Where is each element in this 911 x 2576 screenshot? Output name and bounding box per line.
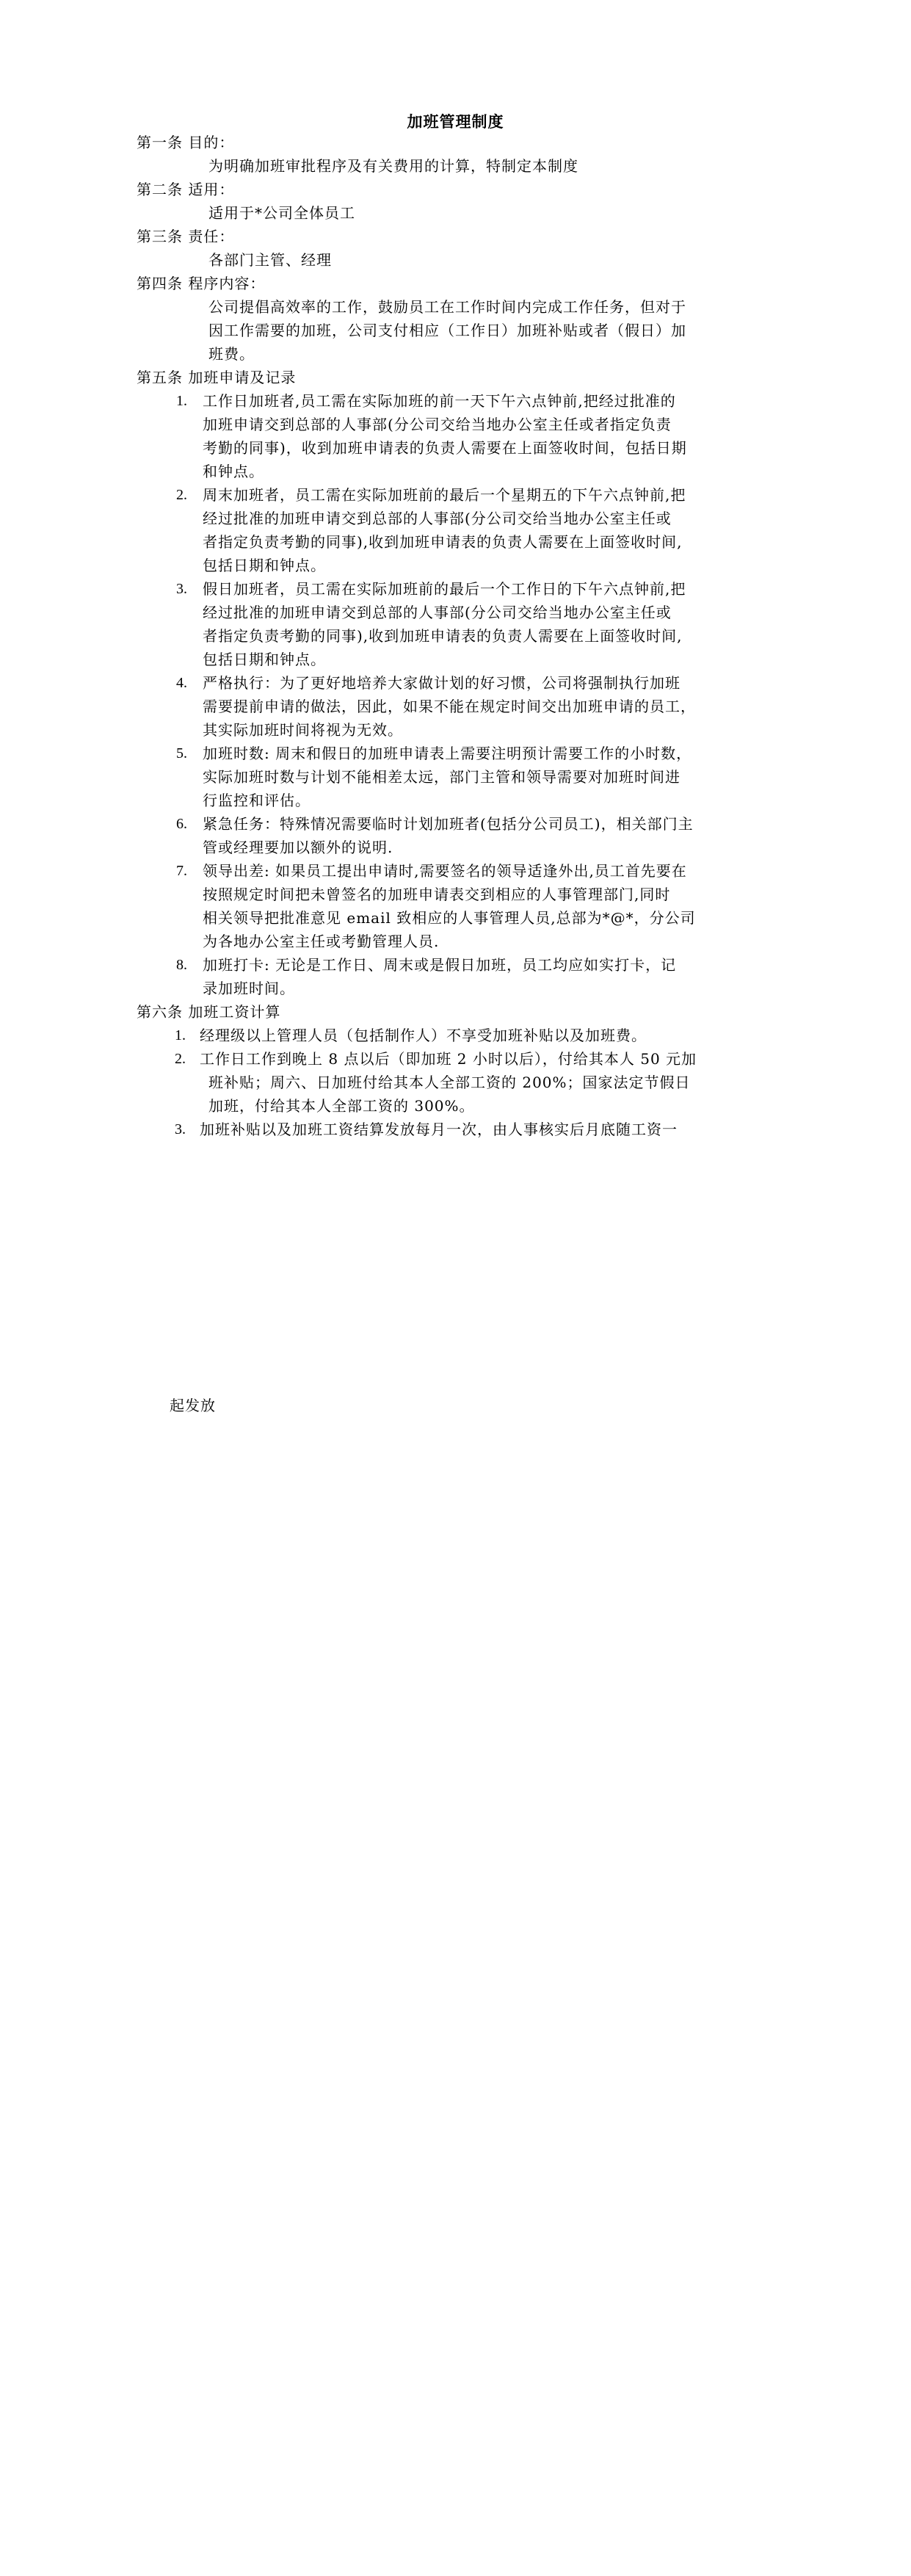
list-item-line: 工作日加班者,员工需在实际加班的前一天下午六点钟前,把经过批准的 (203, 389, 676, 413)
list-item-line: 包括日期和钟点。 (203, 554, 326, 577)
list-item-line: 经理级以上管理人员（包括制作人）不享受加班补贴以及加班费。 (200, 1024, 647, 1047)
list-item-line: 班补贴；周六、日加班付给其本人全部工资的 200%；国家法定节假日 (208, 1071, 691, 1094)
list-number: 2. (176, 483, 187, 507)
list-item-line: 为各地办公室主任或考勤管理人员. (203, 930, 439, 953)
list-item-line: 实际加班时数与计划不能相差太远，部门主管和领导需要对加班时间进 (203, 765, 680, 789)
list-number: 3. (176, 577, 187, 601)
list-item-line: 经过批准的加班申请交到总部的人事部(分公司交给当地办公室主任或 (203, 601, 672, 624)
document-page: 加班管理制度 第一条 目的： 为明确加班审批程序及有关费用的计算，特制定本制度 … (0, 0, 911, 2576)
list-item-line: 按照规定时间把未曾签名的加班申请表交到相应的人事管理部门,同时 (203, 883, 670, 906)
list-number: 1. (176, 389, 187, 413)
list-number: 1. (175, 1024, 186, 1047)
list-item-line: 考勤的同事)，收到加班申请表的负责人需要在上面签收时间，包括日期 (203, 436, 687, 460)
list-item-line: 周末加班者，员工需在实际加班前的最后一个星期五的下午六点钟前,把 (203, 483, 686, 507)
article-3-body: 各部门主管、经理 (208, 248, 332, 272)
article-2-body: 适用于*公司全体员工 (208, 201, 355, 225)
list-number: 5. (176, 742, 187, 765)
article-5-heading: 第五条 加班申请及记录 (137, 366, 296, 389)
list-number: 6. (176, 812, 187, 836)
list-item-line: 录加班时间。 (203, 977, 295, 1000)
article-4-body-line: 公司提倡高效率的工作，鼓励员工在工作时间内完成工作任务，但对于 (208, 295, 686, 319)
list-item-line: 加班补贴以及加班工资结算发放每月一次，由人事核实后月底随工资一 (200, 1118, 678, 1141)
list-item-line: 行监控和评估。 (203, 789, 311, 812)
list-item-line: 其实际加班时间将视为无效。 (203, 718, 403, 742)
list-item-line: 者指定负责考勤的同事),收到加班申请表的负责人需要在上面签收时间, (203, 530, 683, 554)
list-item-line: 严格执行：为了更好地培养大家做计划的好习惯，公司将强制执行加班 (203, 671, 680, 695)
list-item-line: 领导出差: 如果员工提出申请时,需要签名的领导适逢外出,员工首先要在 (203, 859, 687, 883)
list-item-line: 工作日工作到晚上 8 点以后（即加班 2 小时以后），付给其本人 50 元加 (200, 1047, 697, 1071)
list-number: 7. (176, 859, 187, 883)
article-2-heading: 第二条 适用： (137, 178, 234, 201)
list-item-line: 加班，付给其本人全部工资的 300%。 (208, 1094, 475, 1118)
list-item-line: 加班申请交到总部的人事部(分公司交给当地办公室主任或者指定负责 (203, 413, 672, 436)
continuation-text: 起发放 (170, 1394, 216, 1417)
list-item-line: 和钟点。 (203, 460, 264, 483)
list-number: 4. (176, 671, 187, 695)
list-number: 8. (176, 953, 187, 977)
article-3-heading: 第三条 责任： (137, 225, 234, 248)
article-1-body: 为明确加班审批程序及有关费用的计算，特制定本制度 (208, 154, 578, 178)
list-item-line: 包括日期和钟点。 (203, 648, 326, 671)
list-item-line: 管或经理要加以额外的说明. (203, 836, 393, 859)
article-4-body-line: 因工作需要的加班，公司支付相应（工作日）加班补贴或者（假日）加 (208, 319, 686, 342)
article-1-heading: 第一条 目的： (137, 131, 234, 154)
list-item-line: 需要提前申请的做法，因此，如果不能在规定时间交出加班申请的员工， (203, 695, 696, 718)
list-item-line: 者指定负责考勤的同事),收到加班申请表的负责人需要在上面签收时间, (203, 624, 683, 648)
document-title: 加班管理制度 (0, 110, 911, 132)
list-number: 2. (175, 1047, 186, 1071)
list-item-line: 经过批准的加班申请交到总部的人事部(分公司交给当地办公室主任或 (203, 507, 672, 530)
list-item-line: 假日加班者，员工需在实际加班前的最后一个工作日的下午六点钟前,把 (203, 577, 686, 601)
list-item-line: 加班时数: 周末和假日的加班申请表上需要注明预计需要工作的小时数， (203, 742, 692, 765)
list-item-line: 紧急任务：特殊情况需要临时计划加班者(包括分公司员工)，相关部门主 (203, 812, 694, 836)
article-4-heading: 第四条 程序内容： (137, 272, 265, 295)
list-item-line: 相关领导把批准意见 email 致相应的人事管理人员,总部为*@*，分公司 (203, 906, 696, 930)
article-6-heading: 第六条 加班工资计算 (137, 1000, 280, 1024)
list-item-line: 加班打卡: 无论是工作日、周末或是假日加班，员工均应如实打卡，记 (203, 953, 676, 977)
list-number: 3. (175, 1118, 186, 1141)
article-4-body-line: 班费。 (208, 342, 255, 366)
